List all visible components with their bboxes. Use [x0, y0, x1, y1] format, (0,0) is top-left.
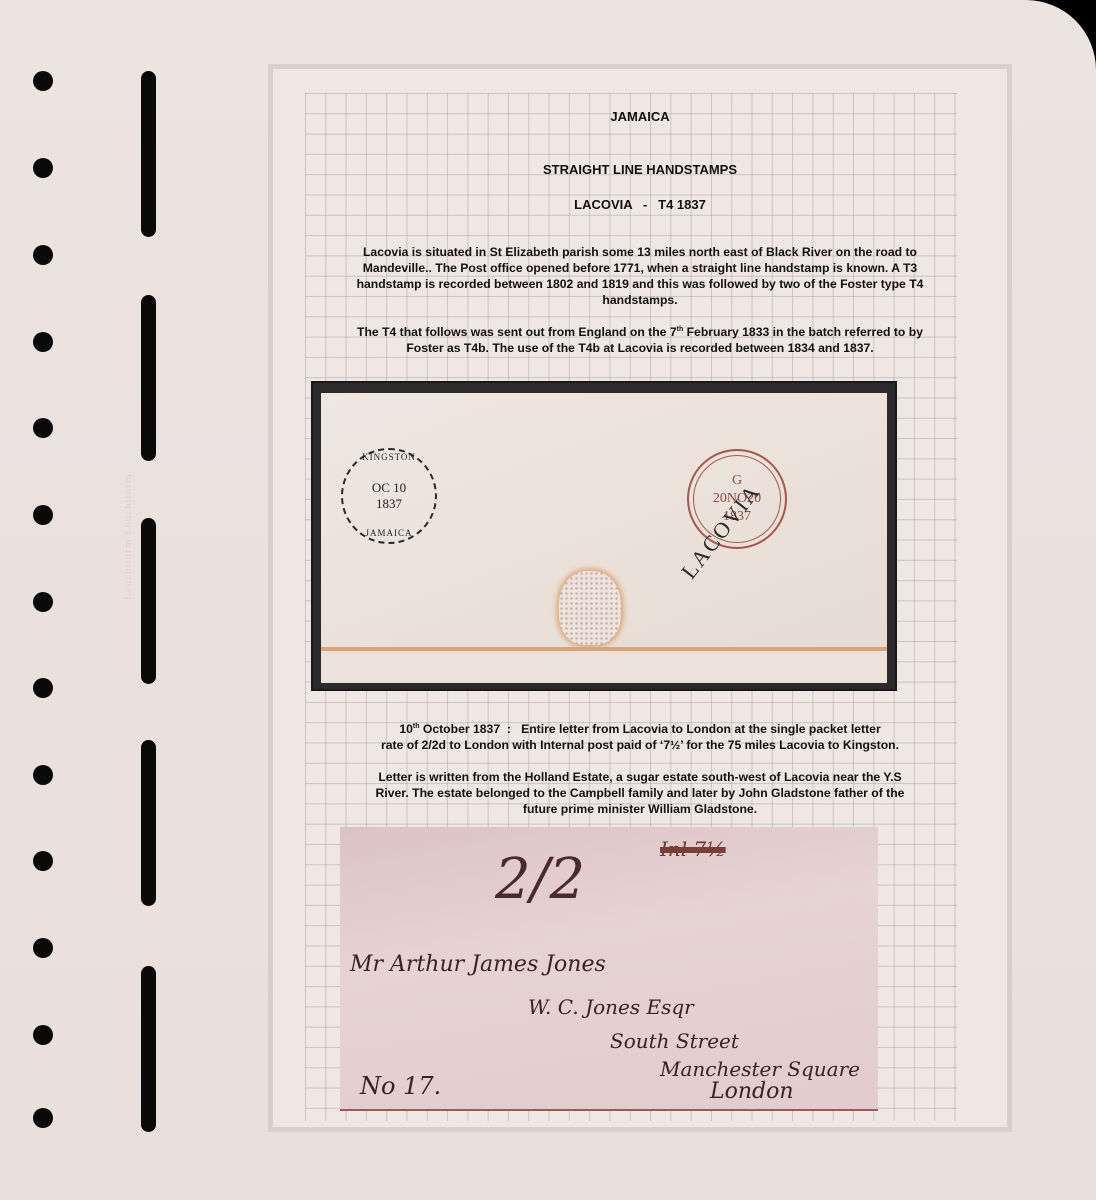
cds-ring-bottom: JAMAICA: [365, 528, 412, 538]
binder-hole: [33, 332, 53, 352]
cds-ring-top: KINGSTON: [362, 452, 416, 462]
binder-slot: [141, 740, 156, 906]
description-line: 10th October 1837 : Entire letter from L…: [273, 719, 1007, 737]
intro-line: Mandeville.. The Post office opened befo…: [273, 260, 1007, 276]
description-line: rate of 2/2d to London with Internal pos…: [273, 737, 1007, 753]
letter-number: No 17.: [360, 1072, 441, 1100]
binder-hole: [33, 592, 53, 612]
crossed-out-inland-rate: Inl 7½: [660, 837, 726, 861]
binder-hole: [33, 938, 53, 958]
binder-hole: [33, 678, 53, 698]
intro-line: handstamps.: [273, 292, 1007, 308]
album-page: Leuchtturm Leuchtturm JAMAICA STRAIGHT L…: [0, 0, 1096, 1200]
binder-hole: [33, 505, 53, 525]
binder-slot: [141, 71, 156, 237]
address-line: Mr Arthur James Jones: [350, 952, 606, 977]
estate-paragraph: Letter is written from the Holland Estat…: [273, 769, 1007, 817]
binder-slot: [141, 966, 156, 1132]
cds-date: OC 10: [372, 480, 406, 496]
manuscript-rate: 2/2: [495, 847, 585, 912]
binder-hole: [33, 418, 53, 438]
cover-description: 10th October 1837 : Entire letter from L…: [273, 719, 1007, 753]
address-line: W. C. Jones Esqr: [528, 995, 694, 1019]
address-line: Manchester Square: [660, 1057, 860, 1081]
address-line: London: [710, 1079, 794, 1104]
binder-hole: [33, 245, 53, 265]
cover-flap: [321, 647, 887, 683]
t4-line: Foster as T4b. The use of the T4b at Lac…: [273, 340, 1007, 356]
page-heading: LACOVIA - T4 1837: [273, 197, 1007, 212]
intro-line: handstamp is recorded between 1802 and 1…: [273, 276, 1007, 292]
manufacturer-watermark: Leuchtturm Leuchtturm: [122, 474, 134, 600]
cds-year: 1837: [376, 496, 402, 512]
binder-hole: [33, 71, 53, 91]
binder-hole: [33, 158, 53, 178]
wax-seal: [559, 571, 621, 645]
t4-paragraph: The T4 that follows was sent out from En…: [273, 322, 1007, 356]
intro-line: Lacovia is situated in St Elizabeth pari…: [273, 244, 1007, 260]
address-line: South Street: [610, 1029, 739, 1053]
estate-line: River. The estate belonged to the Campbe…: [273, 785, 1007, 801]
intro-paragraph: Lacovia is situated in St Elizabeth pari…: [273, 244, 1007, 308]
page-title: JAMAICA: [273, 109, 1007, 124]
binder-slot: [141, 295, 156, 461]
binder-slot: [141, 518, 156, 684]
page-subtitle: STRAIGHT LINE HANDSTAMPS: [273, 162, 1007, 177]
binder-hole: [33, 1108, 53, 1128]
page-frame: JAMAICA STRAIGHT LINE HANDSTAMPS LACOVIA…: [268, 64, 1012, 1132]
cover-front: 2/2 Inl 7½ Mr Arthur James Jones W. C. J…: [340, 827, 878, 1111]
kingston-cds-handstamp: KINGSTON OC 10 1837 JAMAICA: [341, 448, 437, 544]
binder-hole: [33, 1025, 53, 1045]
estate-line: Letter is written from the Holland Estat…: [273, 769, 1007, 785]
t4-line: The T4 that follows was sent out from En…: [273, 322, 1007, 340]
cover-back: KINGSTON OC 10 1837 JAMAICA G 20NO20 183…: [321, 393, 887, 683]
estate-line: future prime minister William Gladstone.: [273, 801, 1007, 817]
binder-hole: [33, 851, 53, 871]
cover-back-mount: KINGSTON OC 10 1837 JAMAICA G 20NO20 183…: [311, 381, 897, 691]
binder-hole: [33, 765, 53, 785]
